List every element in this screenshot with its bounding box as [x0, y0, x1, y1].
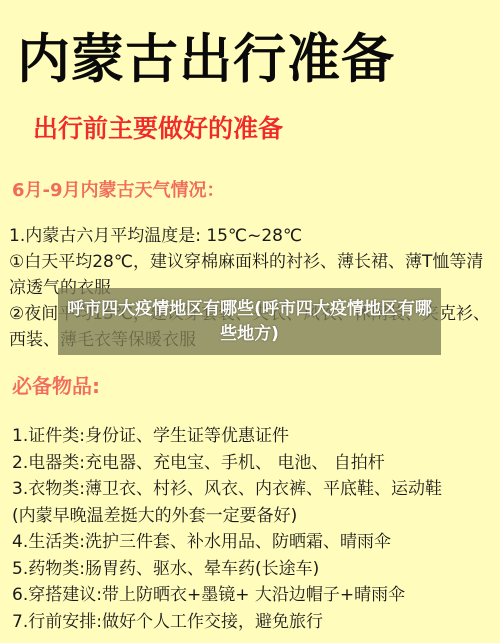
- caption-overlay: 呼市四大疫情地区有哪些(呼市四大疫情地区有哪些地方): [58, 288, 441, 355]
- list-item: 4.生活类:洗护三件套、补水用品、防晒霜、晴雨伞: [12, 529, 498, 556]
- items-heading: 必备物品:: [12, 372, 100, 400]
- list-item: (内蒙早晚温差挺大的外套一定要备好): [12, 503, 498, 530]
- page-title: 内蒙古出行准备: [17, 28, 395, 92]
- weather-line: 1.内蒙古六月平均温度是: 15℃~28℃: [9, 223, 495, 249]
- list-item: 6.穿搭建议:带上防晒衣+墨镜+ 大沿边帽子+晴雨伞: [12, 582, 498, 609]
- subtitle: 出行前主要做好的准备: [33, 112, 283, 146]
- caption-text: 呼市四大疫情地区有哪些(呼市四大疫情地区有哪些地方): [58, 297, 441, 347]
- weather-heading: 6月-9月内蒙古天气情况：: [12, 178, 225, 204]
- list-item: 2.电器类:充电器、充电宝、手机、 电池、 自拍杆: [12, 450, 498, 477]
- list-item: 7.行前安排:做好个人工作交接，避免旅行: [12, 609, 498, 636]
- items-section: 1.证件类:身份证、学生证等优惠证件 2.电器类:充电器、充电宝、手机、 电池、…: [12, 423, 498, 635]
- list-item: 5.药物类:肠胃药、驱水、晕车药(长途车): [12, 556, 498, 583]
- list-item: 1.证件类:身份证、学生证等优惠证件: [12, 423, 498, 450]
- list-item: 3.衣物类:薄卫衣、村衫、风衣、内衣裤、平底鞋、运动鞋: [12, 476, 498, 503]
